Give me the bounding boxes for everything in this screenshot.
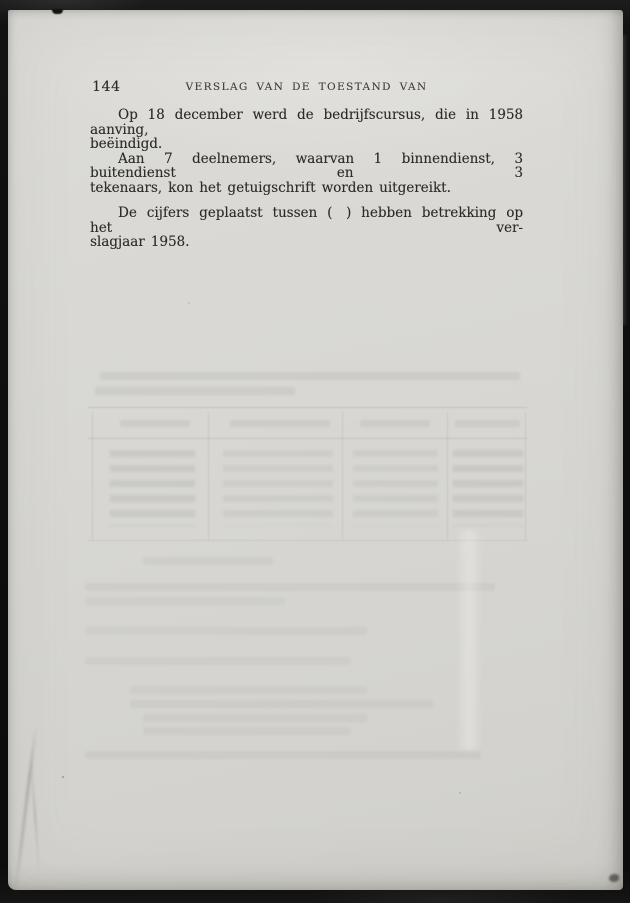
ghost-text-band — [143, 557, 273, 565]
ghost-text-band — [85, 597, 285, 605]
paper-crease — [30, 755, 40, 875]
paragraph-line: beëindigd. — [90, 137, 523, 152]
ghost-text-band — [100, 372, 520, 380]
page-header: 144 VERSLAG VAN DE TOESTAND VAN — [90, 79, 523, 96]
ghost-table-rule — [525, 412, 526, 540]
paper-speck — [62, 776, 64, 778]
ghost-table-rule — [88, 438, 527, 439]
ghost-text-band — [143, 714, 367, 722]
ghost-table-rule — [447, 412, 448, 540]
ghost-table-rule — [88, 407, 527, 408]
paragraph-line: De cijfers geplaatst tussen ( ) hebben b… — [90, 206, 523, 235]
page-sheet: 144 VERSLAG VAN DE TOESTAND VAN Op 18 de… — [8, 10, 623, 890]
ghost-text-band — [455, 420, 520, 427]
ghost-number-column — [223, 450, 333, 526]
ghost-number-column — [453, 450, 523, 526]
scan-backdrop: 144 VERSLAG VAN DE TOESTAND VAN Op 18 de… — [0, 0, 630, 903]
ghost-text-band — [130, 686, 367, 694]
ghost-text-band — [143, 727, 350, 735]
ghost-text-band — [360, 420, 430, 427]
ghost-text-band — [85, 627, 367, 635]
ghost-text-band — [95, 387, 295, 395]
paper-wrinkle-highlight — [456, 530, 482, 750]
ghost-text-band — [85, 583, 495, 591]
paragraph-line: tekenaars, kon het getuigschrift worden … — [90, 181, 523, 196]
ghost-text-band — [85, 751, 481, 759]
ghost-number-column — [353, 450, 438, 526]
ghost-text-band — [230, 420, 330, 427]
ghost-text-band — [130, 700, 433, 708]
ghost-text-band — [85, 657, 350, 665]
ghost-table-rule — [208, 412, 209, 540]
ink-smudge — [609, 874, 619, 882]
running-header: VERSLAG VAN DE TOESTAND VAN — [90, 81, 523, 93]
ghost-text-band — [120, 420, 190, 427]
ghost-table-rule — [342, 412, 343, 540]
scanner-light-streak — [622, 35, 628, 325]
ghost-number-column — [110, 450, 195, 526]
paragraph-line: slagjaar 1958. — [90, 235, 523, 250]
paragraph-line: Aan 7 deelnemers, waarvan 1 binnendienst… — [90, 152, 523, 181]
ghost-table-rule — [92, 412, 93, 540]
body-text: Op 18 december werd de bedrijfscursus, d… — [90, 108, 523, 250]
paper-speck — [459, 792, 461, 794]
paragraph-line: Op 18 december werd de bedrijfscursus, d… — [90, 108, 523, 137]
paper-speck — [188, 302, 190, 304]
